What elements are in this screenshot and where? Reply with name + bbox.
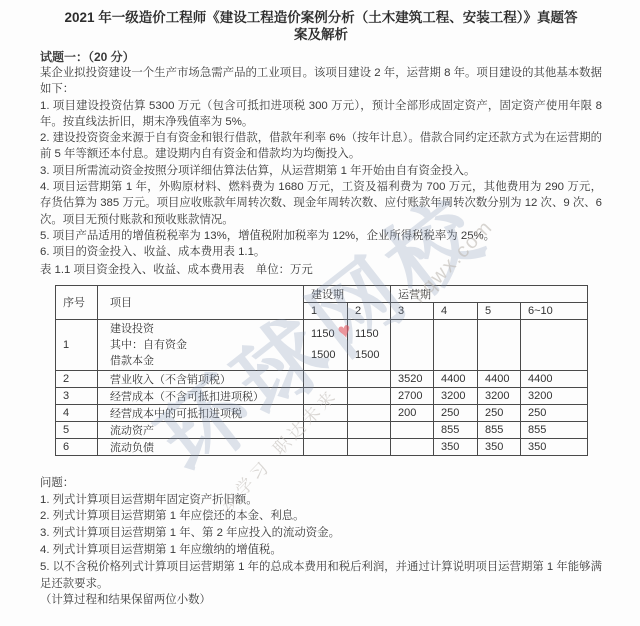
value-cell-y4: 3200: [434, 387, 478, 404]
value-cell-y6-10: 350: [521, 438, 588, 455]
value-cell-y2: [348, 438, 391, 455]
value-cell-y3: 2700: [391, 387, 434, 404]
table-row: 6 流动负债 350 350 350: [56, 438, 588, 455]
seq-cell: 5: [56, 421, 98, 438]
header-year-6-10: 6~10: [521, 302, 588, 319]
value-cell-y4: 250: [434, 404, 478, 421]
problem-item-2: 2. 列式计算项目运营期第 1 年应偿还的本金、利息。: [40, 508, 602, 525]
value-cell-y6-10: 4400: [521, 370, 588, 387]
value-cell-y3: [391, 438, 434, 455]
value-cell-y3: [391, 421, 434, 438]
page-title: 2021 年一级造价工程师《建设工程造价案例分析（土木建筑工程、安装工程）》真题…: [40, 10, 602, 43]
question-item-2: 2. 建设投资资金来源于自有资金和银行借款，借款年利率 6%（按年计息）。借款合…: [40, 130, 602, 163]
header-item: 项目: [98, 285, 304, 319]
fund-cost-table: 序号 项目 建设期 运营期 1 2 3 4 5 6~10 1 建设投资 其中：自…: [55, 285, 588, 456]
problems-section: 问题： 1. 列式计算项目运营期年固定资产折旧额。 2. 列式计算项目运营期第 …: [40, 475, 602, 609]
value-cell-y6-10: 250: [521, 404, 588, 421]
table-row: 5 流动资产 855 855 855: [56, 421, 588, 438]
header-construction-period: 建设期: [304, 285, 391, 302]
header-year-3: 3: [391, 302, 434, 319]
value-cell-y5: [478, 319, 521, 370]
value-cell-y4: 4400: [434, 370, 478, 387]
problem-item-5: 5. 以不含税价格列式计算项目运营期第 1 年的总成本费用和税后利润，并通过计算…: [40, 559, 602, 593]
problems-heading: 问题：: [40, 475, 602, 492]
value-cell-y3: 200: [391, 404, 434, 421]
seq-cell: 3: [56, 387, 98, 404]
question-heading: 试题一：（20 分）: [40, 49, 602, 65]
problem-item-1: 1. 列式计算项目运营期年固定资产折旧额。: [40, 492, 602, 509]
value-cell-y5: 350: [478, 438, 521, 455]
item-cell: 经营成本（不含可抵扣进项税）: [98, 387, 304, 404]
header-operation-period: 运营期: [391, 285, 588, 302]
value-cell-y1: [304, 404, 348, 421]
value-cell-y1: [304, 438, 348, 455]
value-cell-y2: [348, 370, 391, 387]
exam-document-page: 环球网校 ♥ hqwx.com 职达未来 动学习 2021 年一级造价工程师《建…: [0, 0, 640, 626]
value-cell-y5: 3200: [478, 387, 521, 404]
table-row: 2 营业收入（不含销项税） 3520 4400 4400 4400: [56, 370, 588, 387]
value-cell-y1: [304, 370, 348, 387]
value-cell-y3: [391, 319, 434, 370]
value-cell-y6-10: [521, 319, 588, 370]
question-item-4: 4. 项目运营期第 1 年，外购原材料、燃料费为 1680 万元，工资及福利费为…: [40, 179, 602, 228]
value-cell-y5: 4400: [478, 370, 521, 387]
problem-item-4: 4. 列式计算项目运营期第 1 年应缴纳的增值税。: [40, 542, 602, 559]
table-row: 3 经营成本（不含可抵扣进项税） 2700 3200 3200 3200: [56, 387, 588, 404]
value-cell-y2: [348, 421, 391, 438]
value-cell-y5: 250: [478, 404, 521, 421]
item-cell: 营业收入（不含销项税）: [98, 370, 304, 387]
value-cell-y2: 1150 1500: [348, 319, 391, 370]
seq-cell: 2: [56, 370, 98, 387]
value-cell-y4: 350: [434, 438, 478, 455]
header-seq: 序号: [56, 285, 98, 319]
value-cell-y6-10: 3200: [521, 387, 588, 404]
problem-item-3: 3. 列式计算项目运营期第 1 年、第 2 年应投入的流动资金。: [40, 525, 602, 542]
table-row: 1 建设投资 其中：自有资金 借款本金 1150 1500 1150 1500: [56, 319, 588, 370]
table-row: 4 经营成本中的可抵扣进项税 200 250 250 250: [56, 404, 588, 421]
rounding-note: （计算过程和结果保留两位小数）: [40, 592, 602, 609]
question-item-5: 5. 项目产品适用的增值税税率为 13%，增值税附加税率为 12%，企业所得税税…: [40, 228, 602, 244]
value-cell-y1: 1150 1500: [304, 319, 348, 370]
item-cell: 流动负债: [98, 438, 304, 455]
value-cell-y4: 855: [434, 421, 478, 438]
table-header-row-periods: 序号 项目 建设期 运营期: [56, 285, 588, 302]
item-cell: 建设投资 其中：自有资金 借款本金: [98, 319, 304, 370]
question-item-1: 1. 项目建设投资估算 5300 万元（包含可抵扣进项税 300 万元），预计全…: [40, 98, 602, 131]
value-cell-y1: [304, 421, 348, 438]
value-cell-y6-10: 855: [521, 421, 588, 438]
seq-cell: 4: [56, 404, 98, 421]
item-cell: 经营成本中的可抵扣进项税: [98, 404, 304, 421]
header-year-5: 5: [478, 302, 521, 319]
table-caption: 表 1.1 项目资金投入、收益、成本费用表 单位：万元: [40, 262, 602, 278]
value-cell-y4: [434, 319, 478, 370]
document-content: 2021 年一级造价工程师《建设工程造价案例分析（土木建筑工程、安装工程）》真题…: [0, 0, 640, 626]
value-cell-y2: [348, 387, 391, 404]
seq-cell: 6: [56, 438, 98, 455]
item-cell: 流动资产: [98, 421, 304, 438]
value-cell-y5: 855: [478, 421, 521, 438]
header-year-2: 2: [348, 302, 391, 319]
value-cell-y2: [348, 404, 391, 421]
seq-cell: 1: [56, 319, 98, 370]
header-year-1: 1: [304, 302, 348, 319]
question-intro: 某企业拟投资建设一个生产市场急需产品的工业项目。该项目建设 2 年，运营期 8 …: [40, 65, 602, 98]
question-item-6: 6. 项目的资金投入、收益、成本费用表 1.1。: [40, 244, 602, 260]
header-year-4: 4: [434, 302, 478, 319]
value-cell-y3: 3520: [391, 370, 434, 387]
question-item-3: 3. 项目所需流动资金按照分项详细估算法估算，从运营期第 1 年开始由自有资金投…: [40, 163, 602, 179]
value-cell-y1: [304, 387, 348, 404]
